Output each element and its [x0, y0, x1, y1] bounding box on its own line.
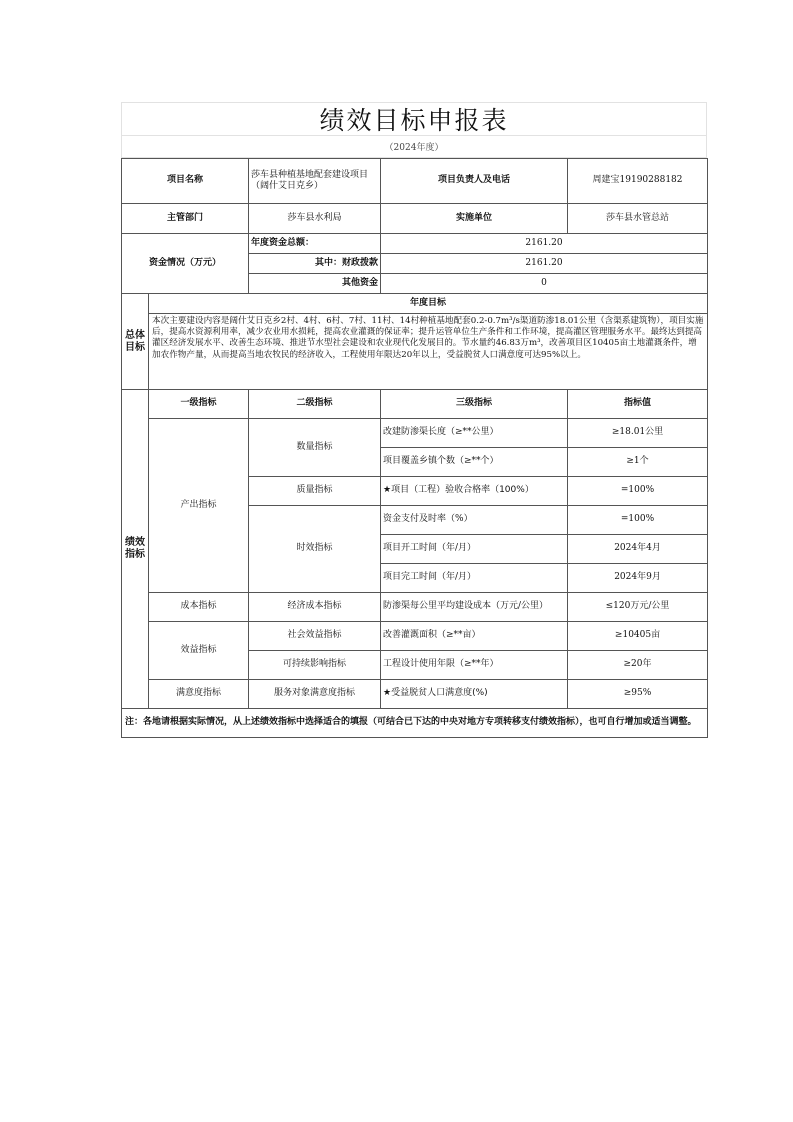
table-row: 产出指标 数量指标 改建防渗渠长度（≥**公里） ≥18.01公里	[122, 419, 708, 448]
funds-total-label: 年度资金总额：	[249, 234, 381, 254]
level2-social-benefit: 社会效益指标	[249, 622, 381, 651]
indicator-name: ★受益脱贫人口满意度(%)	[381, 680, 568, 709]
funds-label: 资金情况（万元）	[122, 234, 249, 294]
dept-row: 主管部门 莎车县水利局 实施单位 莎车县水管总站	[122, 204, 708, 234]
indicator-value: ≤120万元/公里	[568, 593, 708, 622]
indicator-header-row: 绩效指标 一级指标 二级指标 三级指标 指标值	[122, 390, 708, 419]
funds-other-label: 其他资金	[249, 274, 381, 294]
indicator-name: 项目覆盖乡镇个数（≥**个）	[381, 448, 568, 477]
indicator-name: 改善灌溉面积（≥**亩）	[381, 622, 568, 651]
owner-value: 周建宝19190288182	[568, 159, 708, 204]
funds-row-total: 资金情况（万元） 年度资金总额： 2161.20	[122, 234, 708, 254]
dept-label: 主管部门	[122, 204, 249, 234]
indicator-value: ≥20年	[568, 651, 708, 680]
funds-total-value: 2161.20	[381, 234, 708, 254]
level1-benefit: 效益指标	[149, 622, 249, 680]
impl-value: 莎车县水管总站	[568, 204, 708, 234]
indicator-name: 工程设计使用年限（≥**年）	[381, 651, 568, 680]
header-level2: 二级指标	[249, 390, 381, 419]
annual-goal-header: 年度目标	[149, 294, 708, 314]
header-level1: 一级指标	[149, 390, 249, 419]
funds-fiscal-label: 其中：财政拨款	[249, 254, 381, 274]
indicator-name: 资金支付及时率（%）	[381, 506, 568, 535]
indicator-name: ★项目（工程）验收合格率（100%）	[381, 477, 568, 506]
level1-satisfaction: 满意度指标	[149, 680, 249, 709]
form-table: 项目名称 莎车县种植基地配套建设项目（阔什艾日克乡） 项目负责人及电话 周建宝1…	[121, 158, 708, 738]
project-name-value: 莎车县种植基地配套建设项目（阔什艾日克乡）	[249, 159, 381, 204]
footnote: 注：各地请根据实际情况，从上述绩效指标中选择适合的填报（可结合已下达的中央对地方…	[122, 709, 708, 738]
table-row: 效益指标 社会效益指标 改善灌溉面积（≥**亩） ≥10405亩	[122, 622, 708, 651]
indicator-name: 项目完工时间（年/月）	[381, 564, 568, 593]
indicator-value: 2024年4月	[568, 535, 708, 564]
indicators-label: 绩效指标	[122, 390, 149, 709]
table-row: 成本指标 经济成本指标 防渗渠每公里平均建设成本（万元/公里） ≤120万元/公…	[122, 593, 708, 622]
form-year: （2024年度）	[121, 135, 707, 158]
table-row: 满意度指标 服务对象满意度指标 ★受益脱贫人口满意度(%) ≥95%	[122, 680, 708, 709]
header-value: 指标值	[568, 390, 708, 419]
indicator-value: ≥1个	[568, 448, 708, 477]
level1-output: 产出指标	[149, 419, 249, 593]
annual-goal-text: 本次主要建设内容是阔什艾日克乡2村、4村、6村、7村、11村、14村种植基地配套…	[149, 314, 708, 390]
goal-text-row: 本次主要建设内容是阔什艾日克乡2村、4村、6村、7村、11村、14村种植基地配套…	[122, 314, 708, 390]
indicator-value: ≥18.01公里	[568, 419, 708, 448]
overall-goal-label: 总体目标	[122, 294, 149, 390]
level1-cost: 成本指标	[149, 593, 249, 622]
header-level3: 三级指标	[381, 390, 568, 419]
level2-service-satisfaction: 服务对象满意度指标	[249, 680, 381, 709]
impl-label: 实施单位	[381, 204, 568, 234]
dept-value: 莎车县水利局	[249, 204, 381, 234]
project-row: 项目名称 莎车县种植基地配套建设项目（阔什艾日克乡） 项目负责人及电话 周建宝1…	[122, 159, 708, 204]
indicator-value: 2024年9月	[568, 564, 708, 593]
project-name-label: 项目名称	[122, 159, 249, 204]
level2-sustainable: 可持续影响指标	[249, 651, 381, 680]
indicator-name: 防渗渠每公里平均建设成本（万元/公里）	[381, 593, 568, 622]
level2-quantity: 数量指标	[249, 419, 381, 477]
indicator-value: =100%	[568, 506, 708, 535]
level2-economic-cost: 经济成本指标	[249, 593, 381, 622]
note-row: 注：各地请根据实际情况，从上述绩效指标中选择适合的填报（可结合已下达的中央对地方…	[122, 709, 708, 738]
level2-timeliness: 时效指标	[249, 506, 381, 593]
level2-quality: 质量指标	[249, 477, 381, 506]
owner-label: 项目负责人及电话	[381, 159, 568, 204]
funds-fiscal-value: 2161.20	[381, 254, 708, 274]
indicator-value: =100%	[568, 477, 708, 506]
indicator-value: ≥95%	[568, 680, 708, 709]
indicator-value: ≥10405亩	[568, 622, 708, 651]
goal-header-row: 总体目标 年度目标	[122, 294, 708, 314]
indicator-name: 项目开工时间（年/月）	[381, 535, 568, 564]
indicator-name: 改建防渗渠长度（≥**公里）	[381, 419, 568, 448]
performance-form: 绩效目标申报表 （2024年度） 项目名称 莎车县种植基地配套建设项目（阔什艾日…	[121, 102, 707, 738]
form-title: 绩效目标申报表	[121, 102, 707, 135]
funds-other-value: 0	[381, 274, 708, 294]
